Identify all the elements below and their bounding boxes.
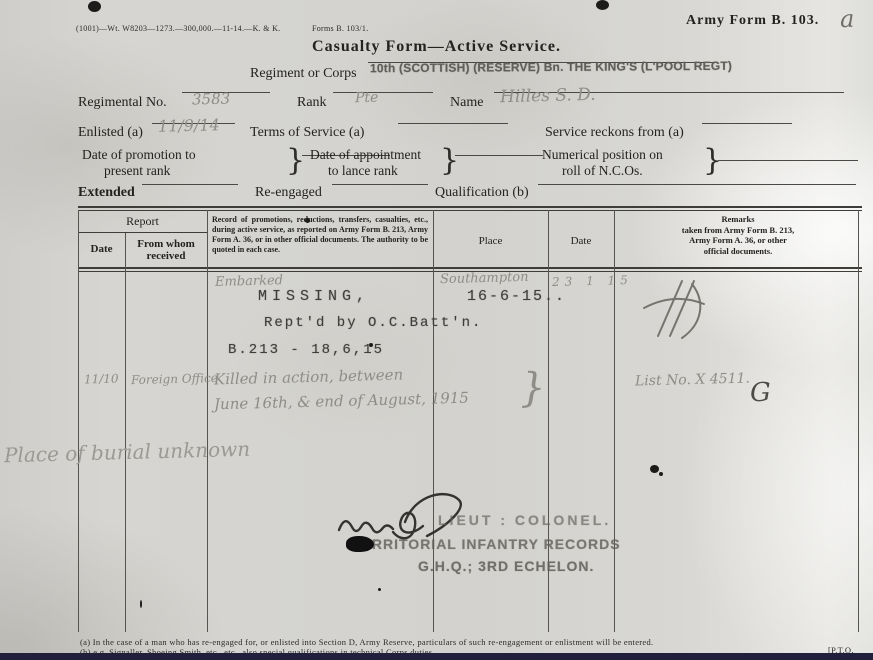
- regimental-no-label: Regimental No.: [78, 95, 167, 111]
- remarks-line2: taken from Army Form B. 213,: [618, 225, 858, 236]
- stamp-office-line: TERRITORIAL INFANTRY RECORDS: [352, 536, 621, 552]
- army-form-number: Army Form B. 103.: [686, 13, 819, 29]
- entry2-record-line1: Killed in action, between: [214, 366, 404, 389]
- entry-embarked-date: 23 1 15: [552, 273, 633, 289]
- regiment-label: Regiment or Corps: [250, 66, 357, 82]
- entry-reported-by: Rept'd by O.C.Batt'n.: [264, 315, 482, 331]
- page-title: Casualty Form—Active Service.: [0, 38, 873, 56]
- entry-b213: B.213 - 18,6,15: [228, 342, 384, 358]
- terms-of-service-label: Terms of Service (a): [250, 125, 364, 141]
- entry2-date: 11/10: [84, 372, 119, 387]
- printer-code: (1001)—Wt. W8203—1273.—300,000.—11-14.—K…: [76, 24, 280, 33]
- burial-note: Place of burial unknown: [4, 437, 251, 467]
- numerical-label-line1: Numerical position on: [542, 147, 663, 163]
- promotion-label-line1: Date of promotion to: [82, 147, 196, 163]
- appointment-brace: }: [440, 143, 459, 178]
- name-label: Name: [450, 95, 483, 111]
- scan-speck: [596, 0, 609, 10]
- remarks-line3: Army Form A. 36, or other: [618, 235, 858, 246]
- enlisted-value: 11/9/14: [158, 115, 220, 136]
- scan-edge-bar: [0, 653, 873, 660]
- scan-speck: [88, 1, 101, 12]
- qualification-label: Qualification (b): [435, 185, 529, 201]
- scan-speck: [650, 465, 659, 473]
- entry-missing: MISSING,: [258, 288, 370, 305]
- entry2-record-line2: June 16th, & end of August, 1915: [214, 389, 469, 414]
- promotion-brace: }: [286, 143, 305, 178]
- entry-embarked-place: Southampton: [440, 270, 529, 287]
- promotion-label-line2: present rank: [104, 163, 170, 179]
- forms-ref: Forms B. 103/1.: [312, 24, 369, 33]
- col-header-place: Place: [433, 235, 548, 247]
- entry-missing-date: 16-6-15..: [467, 288, 566, 305]
- appointment-label-line1: Date of appointment: [310, 147, 421, 163]
- service-reckons-label: Service reckons from (a): [545, 125, 684, 141]
- extended-label: Extended: [78, 185, 135, 201]
- reengaged-label: Re-engaged: [255, 185, 322, 201]
- ink-blot: [346, 536, 374, 552]
- clerk-initial: G: [750, 378, 772, 409]
- stamp-ghq-line: G.H.Q.; 3RD ECHELON.: [418, 558, 594, 574]
- col-header-date: Date: [78, 243, 125, 255]
- regiment-stamp: 10th (SCOTTISH) (RESERVE) Bn. THE KING'S…: [370, 59, 732, 76]
- col-header-record: Record of promotions, reductions, transf…: [212, 215, 428, 255]
- list-number-note: List No. X 4511.: [635, 370, 750, 389]
- col-header-date2: Date: [548, 235, 614, 247]
- entry2-from: Foreign Office: [131, 371, 218, 387]
- rank-value: Pte: [355, 90, 379, 107]
- col-header-from-whom: From whom received: [125, 238, 207, 262]
- enlisted-label: Enlisted (a): [78, 125, 143, 141]
- scan-speck: [305, 218, 310, 223]
- entry2-brace: }: [519, 365, 546, 412]
- name-value: Hilles S. D.: [500, 85, 596, 107]
- stamp-rank-line: LIEUT : COLONEL.: [438, 512, 611, 528]
- appointment-label-line2: to lance rank: [328, 163, 398, 179]
- scan-speck: [378, 588, 381, 591]
- scan-speck: [369, 343, 373, 347]
- scan-speck: [140, 600, 142, 608]
- numerical-label-line2: roll of N.C.Os.: [562, 163, 643, 179]
- col-header-report: Report: [78, 214, 207, 229]
- rank-label: Rank: [297, 95, 327, 111]
- pencil-tally-mark: [630, 278, 715, 340]
- remarks-line1: Remarks: [618, 214, 858, 225]
- scan-speck: [659, 472, 663, 476]
- remarks-line4: official documents.: [618, 246, 858, 257]
- col-header-remarks: Remarks taken from Army Form B. 213, Arm…: [618, 214, 858, 256]
- annotation-letter: a: [840, 5, 855, 33]
- regimental-no-value: 3583: [192, 90, 231, 109]
- footnote-a: (a) In the case of a man who has re-enga…: [80, 637, 653, 647]
- casualty-form-scan: (1001)—Wt. W8203—1273.—300,000.—11-14.—K…: [0, 0, 873, 660]
